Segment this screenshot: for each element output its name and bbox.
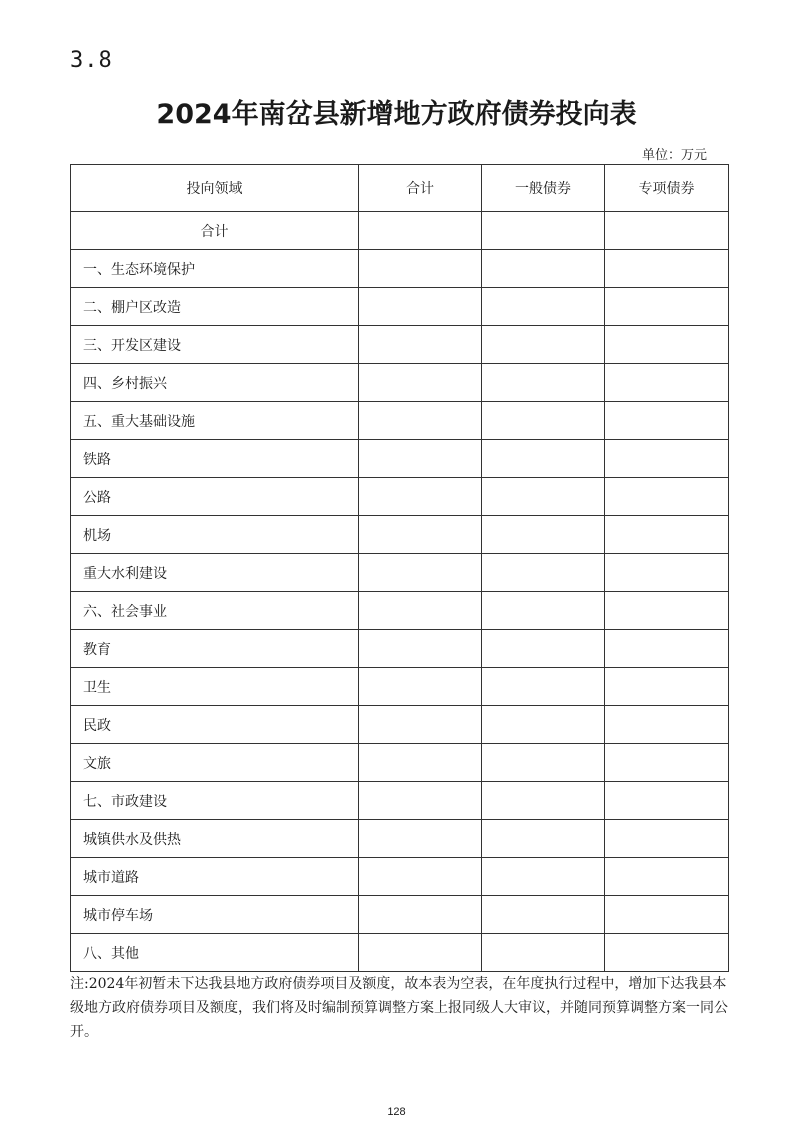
- special-bond-cell: [605, 820, 729, 858]
- special-bond-cell: [605, 364, 729, 402]
- table-row: 八、其他: [71, 934, 729, 972]
- general-bond-cell: [482, 858, 605, 896]
- table-row: 民政: [71, 706, 729, 744]
- page-title: 2024年南岔县新增地方政府债券投向表: [0, 92, 793, 131]
- footnote: 注:2024年初暂未下达我县地方政府债券项目及额度，故本表为空表，在年度执行过程…: [70, 972, 730, 1044]
- area-cell: 二、棚户区改造: [71, 288, 359, 326]
- area-cell: 公路: [71, 478, 359, 516]
- section-number: 3.8: [70, 48, 113, 73]
- general-bond-cell: [482, 250, 605, 288]
- table-row: 城镇供水及供热: [71, 820, 729, 858]
- bond-allocation-table: 投向领域 合计 一般债券 专项债券 合计一、生态环境保护二、棚户区改造三、开发区…: [70, 164, 729, 972]
- area-cell: 民政: [71, 706, 359, 744]
- area-cell: 八、其他: [71, 934, 359, 972]
- header-area: 投向领域: [71, 165, 359, 212]
- total-cell: [359, 478, 482, 516]
- area-cell: 机场: [71, 516, 359, 554]
- page-number: 128: [0, 1106, 793, 1118]
- table-row: 卫生: [71, 668, 729, 706]
- total-cell: [359, 326, 482, 364]
- area-cell: 三、开发区建设: [71, 326, 359, 364]
- special-bond-cell: [605, 896, 729, 934]
- special-bond-cell: [605, 782, 729, 820]
- special-bond-cell: [605, 212, 729, 250]
- header-general-bond: 一般债券: [482, 165, 605, 212]
- special-bond-cell: [605, 668, 729, 706]
- special-bond-cell: [605, 858, 729, 896]
- header-special-bond: 专项债券: [605, 165, 729, 212]
- special-bond-cell: [605, 554, 729, 592]
- special-bond-cell: [605, 744, 729, 782]
- general-bond-cell: [482, 402, 605, 440]
- special-bond-cell: [605, 326, 729, 364]
- general-bond-cell: [482, 364, 605, 402]
- total-cell: [359, 820, 482, 858]
- special-bond-cell: [605, 440, 729, 478]
- total-cell: [359, 440, 482, 478]
- total-cell: [359, 554, 482, 592]
- area-cell: 城市道路: [71, 858, 359, 896]
- general-bond-cell: [482, 630, 605, 668]
- total-cell: [359, 212, 482, 250]
- area-cell: 教育: [71, 630, 359, 668]
- table-row: 六、社会事业: [71, 592, 729, 630]
- special-bond-cell: [605, 934, 729, 972]
- total-cell: [359, 402, 482, 440]
- table-row: 铁路: [71, 440, 729, 478]
- table-header-row: 投向领域 合计 一般债券 专项债券: [71, 165, 729, 212]
- total-cell: [359, 516, 482, 554]
- general-bond-cell: [482, 744, 605, 782]
- general-bond-cell: [482, 896, 605, 934]
- general-bond-cell: [482, 820, 605, 858]
- general-bond-cell: [482, 554, 605, 592]
- total-cell: [359, 706, 482, 744]
- special-bond-cell: [605, 592, 729, 630]
- total-cell: [359, 250, 482, 288]
- table-row: 公路: [71, 478, 729, 516]
- special-bond-cell: [605, 516, 729, 554]
- total-cell: [359, 934, 482, 972]
- total-cell: [359, 592, 482, 630]
- area-cell: 合计: [71, 212, 359, 250]
- general-bond-cell: [482, 706, 605, 744]
- table-row: 文旅: [71, 744, 729, 782]
- general-bond-cell: [482, 782, 605, 820]
- total-cell: [359, 858, 482, 896]
- general-bond-cell: [482, 288, 605, 326]
- table-row: 一、生态环境保护: [71, 250, 729, 288]
- table-row: 重大水利建设: [71, 554, 729, 592]
- unit-label: 单位：万元: [642, 144, 707, 163]
- general-bond-cell: [482, 326, 605, 364]
- header-total: 合计: [359, 165, 482, 212]
- area-cell: 重大水利建设: [71, 554, 359, 592]
- special-bond-cell: [605, 706, 729, 744]
- total-cell: [359, 668, 482, 706]
- area-cell: 城镇供水及供热: [71, 820, 359, 858]
- total-cell: [359, 782, 482, 820]
- area-cell: 一、生态环境保护: [71, 250, 359, 288]
- total-cell: [359, 744, 482, 782]
- general-bond-cell: [482, 592, 605, 630]
- table-row: 教育: [71, 630, 729, 668]
- total-cell: [359, 364, 482, 402]
- total-cell: [359, 630, 482, 668]
- table-row: 合计: [71, 212, 729, 250]
- table-row: 机场: [71, 516, 729, 554]
- general-bond-cell: [482, 478, 605, 516]
- general-bond-cell: [482, 440, 605, 478]
- special-bond-cell: [605, 250, 729, 288]
- table-row: 三、开发区建设: [71, 326, 729, 364]
- table-row: 四、乡村振兴: [71, 364, 729, 402]
- area-cell: 卫生: [71, 668, 359, 706]
- special-bond-cell: [605, 288, 729, 326]
- special-bond-cell: [605, 402, 729, 440]
- area-cell: 五、重大基础设施: [71, 402, 359, 440]
- area-cell: 城市停车场: [71, 896, 359, 934]
- area-cell: 七、市政建设: [71, 782, 359, 820]
- table-row: 七、市政建设: [71, 782, 729, 820]
- general-bond-cell: [482, 668, 605, 706]
- special-bond-cell: [605, 478, 729, 516]
- special-bond-cell: [605, 630, 729, 668]
- general-bond-cell: [482, 516, 605, 554]
- total-cell: [359, 896, 482, 934]
- area-cell: 文旅: [71, 744, 359, 782]
- table-row: 五、重大基础设施: [71, 402, 729, 440]
- table-row: 二、棚户区改造: [71, 288, 729, 326]
- table-row: 城市停车场: [71, 896, 729, 934]
- general-bond-cell: [482, 212, 605, 250]
- area-cell: 四、乡村振兴: [71, 364, 359, 402]
- area-cell: 铁路: [71, 440, 359, 478]
- total-cell: [359, 288, 482, 326]
- general-bond-cell: [482, 934, 605, 972]
- table-row: 城市道路: [71, 858, 729, 896]
- area-cell: 六、社会事业: [71, 592, 359, 630]
